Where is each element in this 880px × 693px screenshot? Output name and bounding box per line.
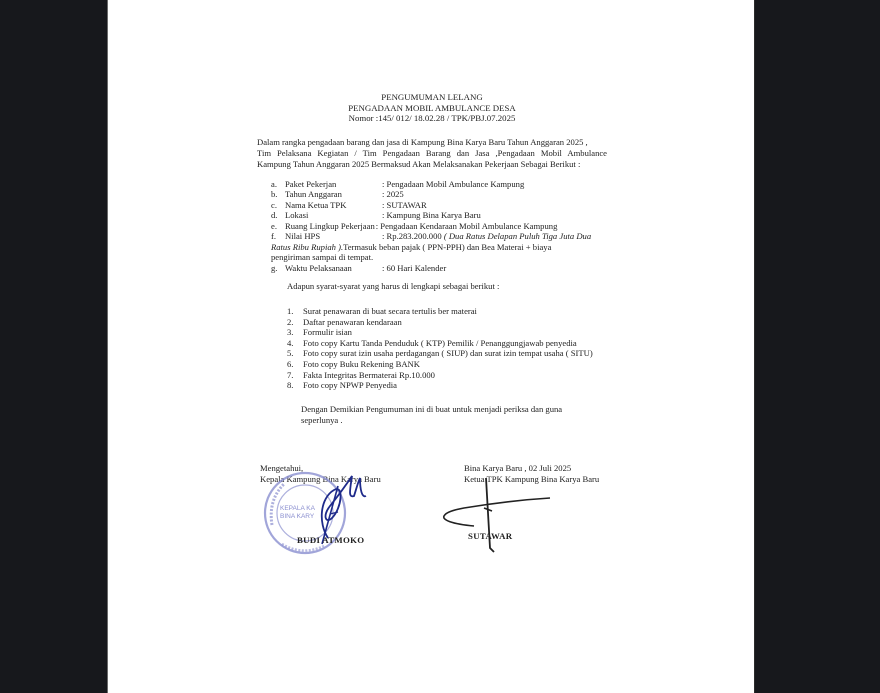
detail-label: Paket Pekerjan <box>285 179 382 190</box>
detail-row-hps-cont: pengiriman sampai di tempat. <box>271 252 607 263</box>
detail-value: : Rp.283.200.000 ( Dua Ratus Delapan Pul… <box>382 231 607 242</box>
requirement-item: 4.Foto copy Kartu Tanda Penduduk ( KTP) … <box>287 338 607 349</box>
place-date: Bina Karya Baru , 02 Juli 2025 <box>464 463 599 474</box>
requirement-item: 1.Surat penawaran di buat secara tertuli… <box>287 306 607 317</box>
document-page: PENGUMUMAN LELANG PENGADAAN MOBIL AMBULA… <box>108 0 754 693</box>
title-line-1: PENGUMUMAN LELANG <box>257 92 607 103</box>
signer-name-left: BUDI ATMOKO <box>297 535 364 545</box>
document-number: Nomor :145/ 012/ 18.02.28 / TPK/PBJ.07.2… <box>257 113 607 124</box>
requirement-item: 7.Fakta Integritas Bermaterai Rp.10.000 <box>287 370 607 381</box>
detail-label: Nama Ketua TPK <box>285 200 382 211</box>
requirement-item: 8.Foto copy NPWP Penyedia <box>287 380 607 391</box>
detail-value: : Kampung Bina Karya Baru <box>382 210 607 221</box>
detail-label: Tahun Anggaran <box>285 189 382 200</box>
detail-row: g. Waktu Pelaksanaan : 60 Hari Kalender <box>271 263 607 274</box>
title-line-2: PENGADAAN MOBIL AMBULANCE DESA <box>257 103 607 114</box>
requirement-item: 6.Foto copy Buku Rekening BANK <box>287 359 607 370</box>
detail-row: d. Lokasi : Kampung Bina Karya Baru <box>271 210 607 221</box>
details-list: a. Paket Pekerjan : Pengadaan Mobil Ambu… <box>257 179 607 274</box>
detail-row: b. Tahun Anggaran : 2025 <box>271 189 607 200</box>
intro-paragraph: Dalam rangka pengadaan barang dan jasa d… <box>257 137 607 170</box>
detail-row: a. Paket Pekerjan : Pengadaan Mobil Ambu… <box>271 179 607 190</box>
requirement-item: 3.Formulir isian <box>287 327 607 338</box>
detail-label: Ruang Lingkup Pekerjaan <box>285 221 376 232</box>
detail-value: : 60 Hari Kalender <box>382 263 607 274</box>
detail-label: Lokasi <box>285 210 382 221</box>
detail-row-hps: f. Nilai HPS : Rp.283.200.000 ( Dua Ratu… <box>271 231 607 242</box>
requirements-list: 1.Surat penawaran di buat secara tertuli… <box>257 306 607 391</box>
detail-row-hps-cont: Ratus Ribu Rupiah ).Termasuk beban pajak… <box>271 242 607 253</box>
detail-row: e. Ruang Lingkup Pekerjaan : Pengadaan K… <box>271 221 607 232</box>
detail-value: : 2025 <box>382 189 607 200</box>
intro-line: Tim Pelaksana Kegiatan / Tim Pengadaan B… <box>257 148 607 159</box>
intro-line: Dalam rangka pengadaan barang dan jasa d… <box>257 137 607 148</box>
requirement-item: 5.Foto copy surat izin usaha perdagangan… <box>287 348 607 359</box>
announcement-body: PENGUMUMAN LELANG PENGADAAN MOBIL AMBULA… <box>257 92 607 426</box>
detail-label: Nilai HPS <box>285 231 382 242</box>
left-dark-panel <box>0 0 108 693</box>
detail-row: c. Nama Ketua TPK : SUTAWAR <box>271 200 607 211</box>
detail-value: : SUTAWAR <box>382 200 607 211</box>
document-title: PENGUMUMAN LELANG PENGADAAN MOBIL AMBULA… <box>257 92 607 124</box>
requirements-intro: Adapun syarat-syarat yang harus di lengk… <box>257 281 607 292</box>
requirement-item: 2.Daftar penawaran kendaraan <box>287 317 607 328</box>
detail-label: Waktu Pelaksanaan <box>285 263 382 274</box>
detail-value: : Pengadaan Mobil Ambulance Kampung <box>382 179 607 190</box>
closing-paragraph: Dengan Demikian Pengumuman ini di buat u… <box>257 404 601 426</box>
intro-line: Kampung Tahun Anggaran 2025 Bermaksud Ak… <box>257 159 607 170</box>
signer-name-right: SUTAWAR <box>468 531 512 541</box>
right-dark-panel <box>754 0 880 693</box>
signature-sutawar-icon <box>438 478 558 553</box>
detail-value: : Pengadaan Kendaraan Mobil Ambulance Ka… <box>376 221 607 232</box>
